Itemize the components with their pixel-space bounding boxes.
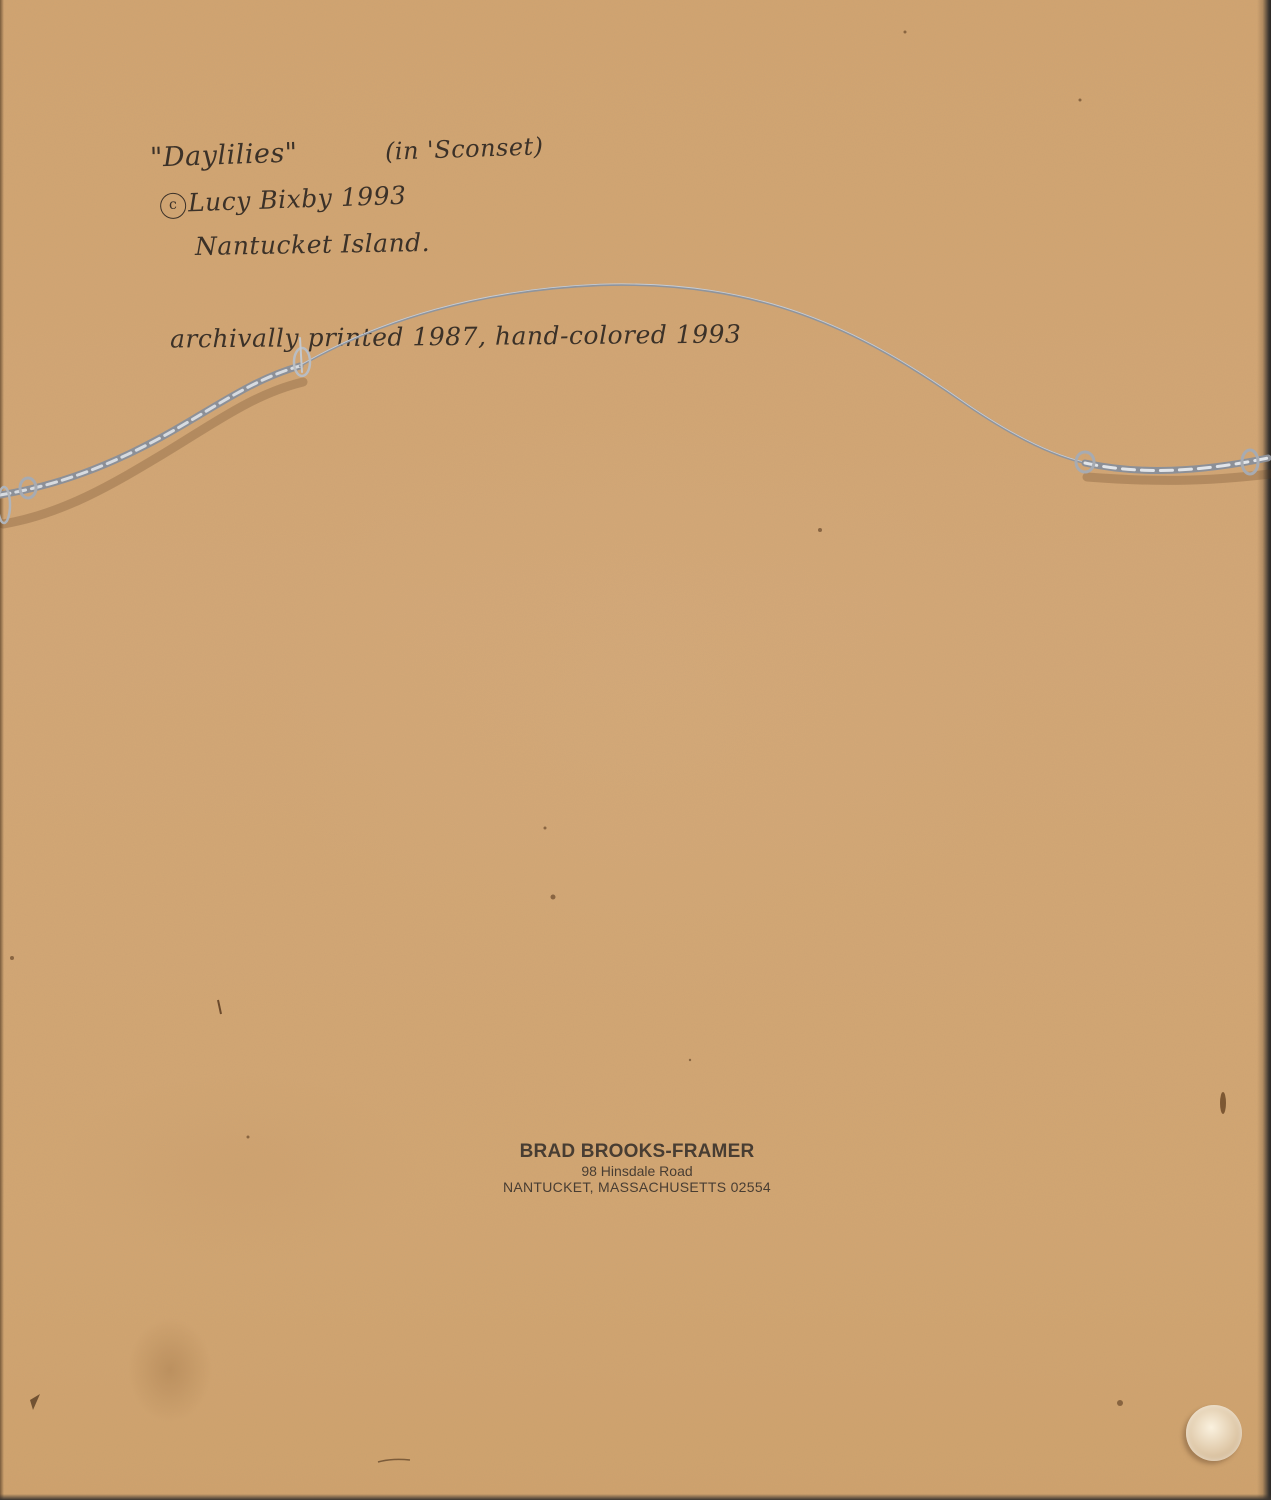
wall-bumper [1186,1405,1242,1461]
frame-backing-board: "Daylilies" (in 'Sconset) cLucy Bixby 19… [0,0,1271,1500]
hanging-wire [0,0,1271,1500]
